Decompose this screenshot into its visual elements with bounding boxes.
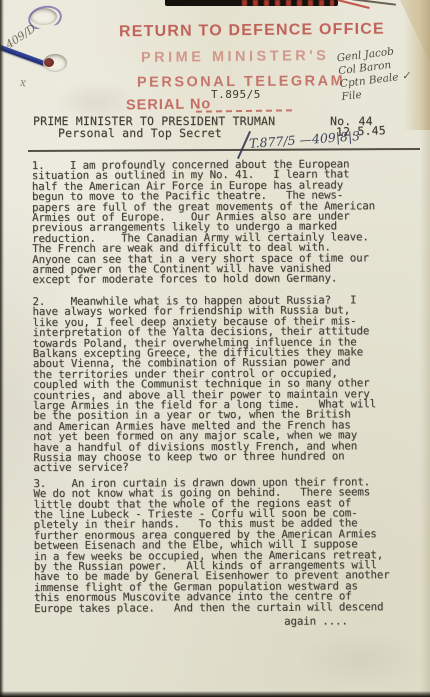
pencil-x-mark: x [19,75,28,89]
stamp-prime-ministers: PRIME MINISTER'S [141,48,330,66]
telegram-body: 1. I am profoundly concerned about the E… [32,159,426,639]
header-rule [28,148,420,152]
typed-serial-number: T.895/5 [211,88,261,101]
stamp-return-to-defence-office: RETURN TO DEFENCE OFFICE [119,21,385,42]
telegram-scan-page: 409/D x RETURN TO DEFENCE OFFICE PRIME M… [0,0,430,697]
serial-dashed-line [196,109,292,112]
scan-edge-red-text-fragment [242,0,334,6]
scan-edge-right [420,0,430,697]
scan-edge-left [0,0,4,697]
paragraph-3: 3. An iron curtain is drawn down upon th… [33,477,426,614]
continuation-marker: again .... [284,616,426,627]
scan-edge-artifact [165,0,338,6]
scan-edge-bottom [0,691,430,697]
pencil-reference-mark: 409/D [3,22,38,52]
classification-line: Personal and Top Secret [58,126,222,140]
handwritten-routing-list: Genl Jacob Col Baron Cptn Beale ✓ File [336,44,413,104]
paragraph-2: 2. Meanwhile what is to happen about Rus… [32,295,425,474]
paragraph-1: 1. I am profoundly concerned about the E… [32,159,425,286]
treasury-tag-tip [44,58,54,67]
